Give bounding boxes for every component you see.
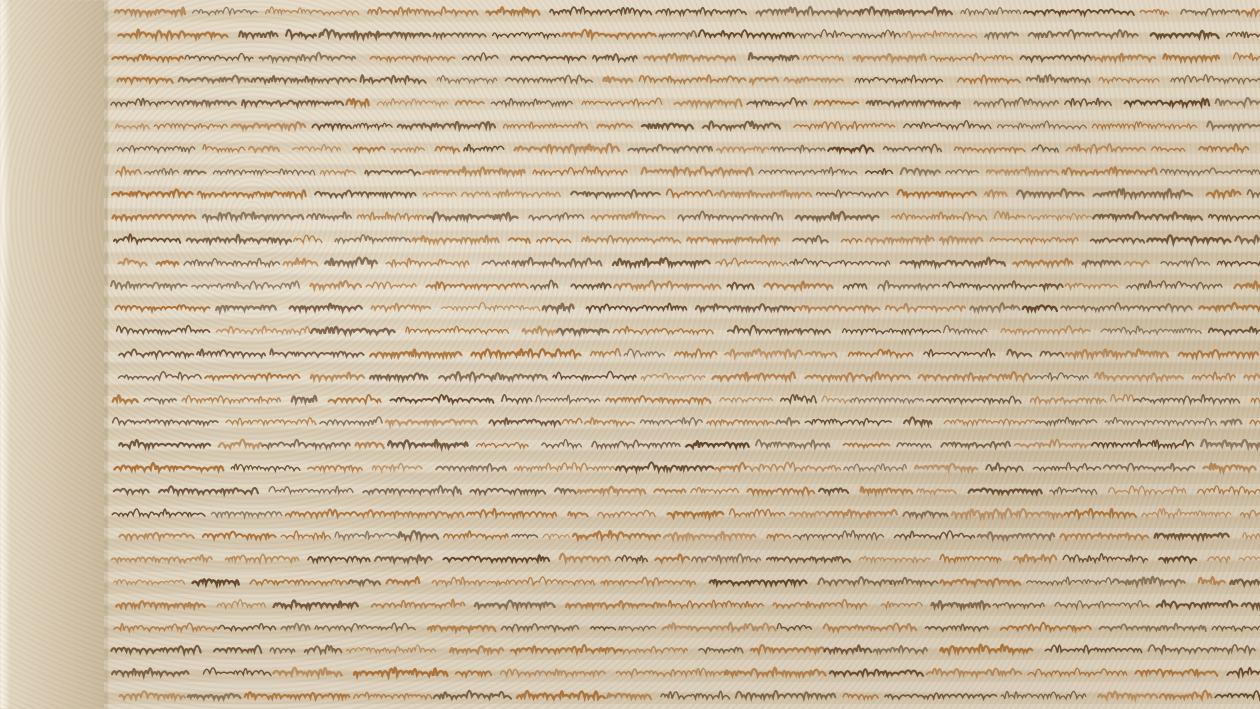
script-line [104, 369, 1260, 383]
script-line [104, 483, 1260, 497]
script-line [104, 460, 1260, 474]
script-line [104, 392, 1260, 406]
script-line [104, 255, 1260, 269]
script-line [104, 278, 1260, 292]
script-line [104, 574, 1260, 588]
script-line [104, 50, 1260, 64]
script-line [104, 4, 1260, 18]
script-line [104, 72, 1260, 86]
script-line [104, 528, 1260, 542]
script-line [104, 164, 1260, 178]
script-line [104, 209, 1260, 223]
left-margin [0, 0, 108, 709]
script-line [104, 620, 1260, 634]
script-line [104, 27, 1260, 41]
script-line [104, 506, 1260, 520]
manuscript-page [0, 0, 1260, 709]
script-line [104, 141, 1260, 155]
script-line [104, 597, 1260, 611]
script-line [104, 300, 1260, 314]
script-line [104, 437, 1260, 451]
script-line [104, 323, 1260, 337]
script-line [104, 232, 1260, 246]
script-line [104, 551, 1260, 565]
script-line [104, 346, 1260, 360]
handwritten-text-block [104, 0, 1260, 709]
script-line [104, 118, 1260, 132]
script-line [104, 414, 1260, 428]
script-line [104, 688, 1260, 702]
script-line [104, 95, 1260, 109]
script-line [104, 665, 1260, 679]
script-line [104, 642, 1260, 656]
script-line [104, 186, 1260, 200]
